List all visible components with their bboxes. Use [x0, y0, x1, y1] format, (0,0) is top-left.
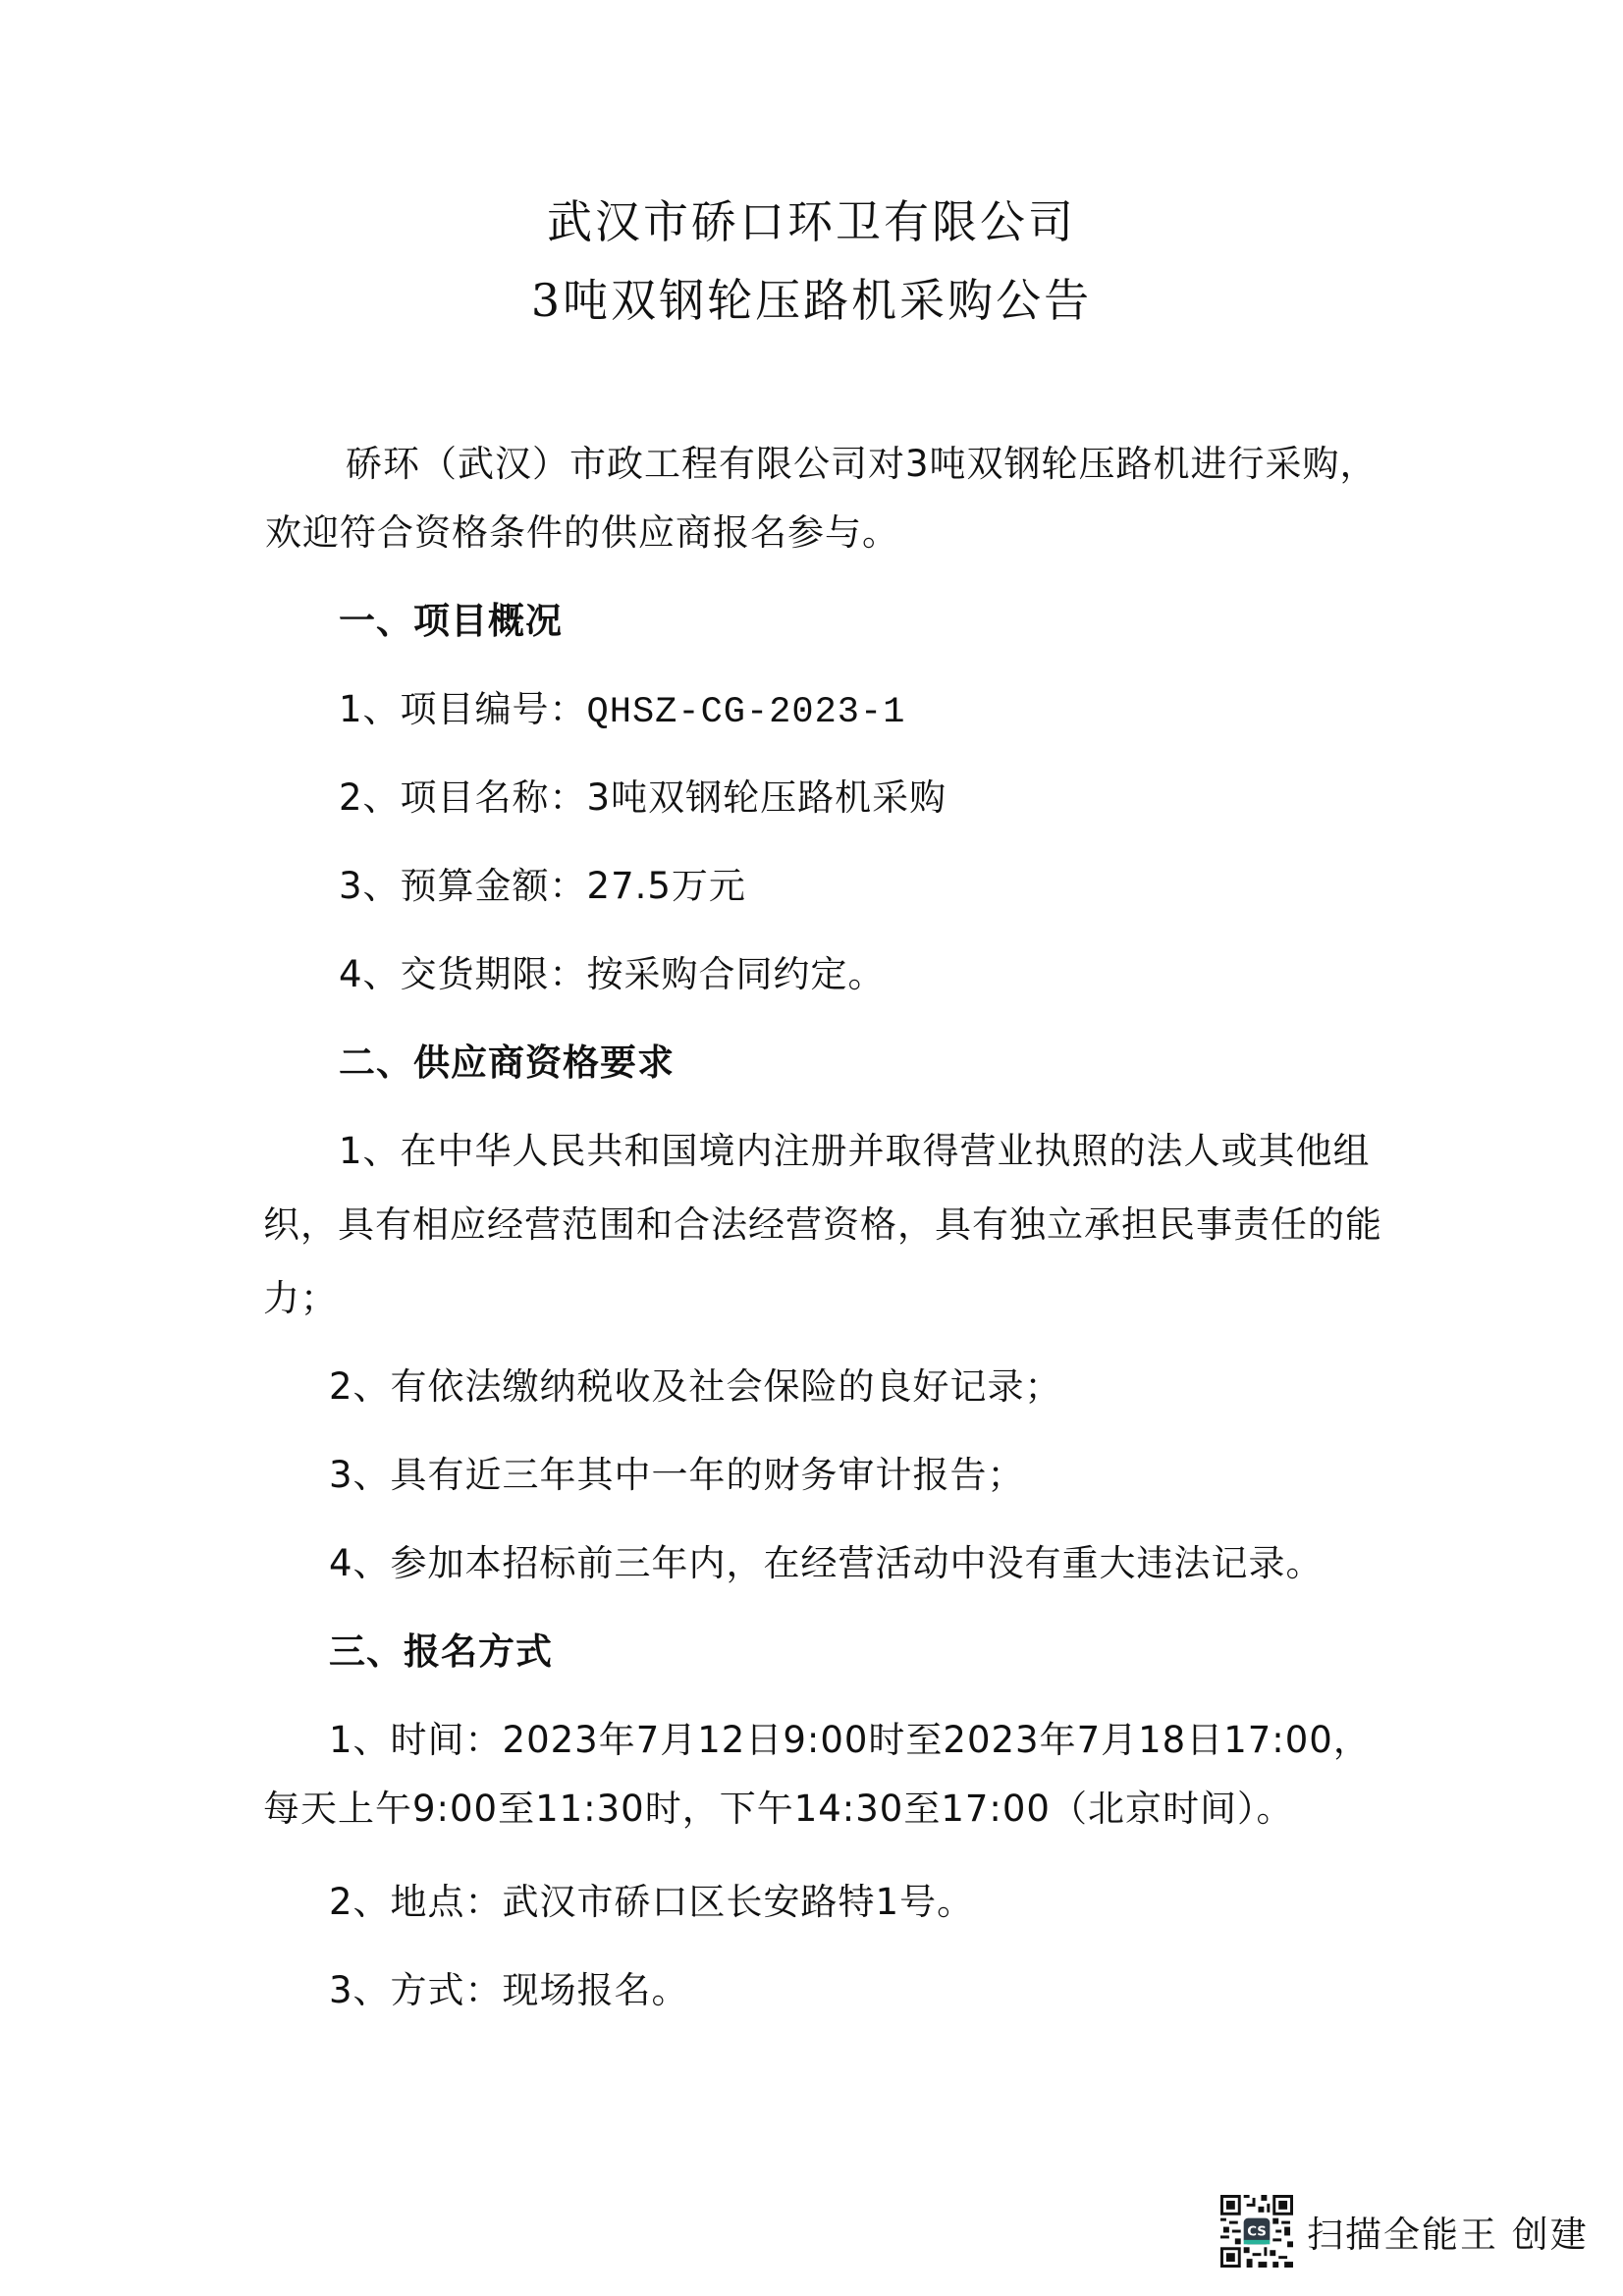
project-name-label: 2、项目名称：	[339, 776, 587, 819]
registration-method: 3、方式：现场报名。	[329, 1968, 689, 2013]
project-name-value: 3吨双钢轮压路机采购	[587, 776, 947, 819]
intro-paragraph-line2: 欢迎符合资格条件的供应商报名参与。	[265, 510, 899, 556]
section-heading-registration-method: 三、报名方式	[329, 1629, 553, 1675]
qualification-4: 4、参加本招标前三年内，在经营活动中没有重大违法记录。	[329, 1541, 1324, 1586]
intro-paragraph-line1: 硚环（武汉）市政工程有限公司对3吨双钢轮压路机进行采购，	[346, 442, 1378, 487]
delivery-row: 4、交货期限：按采购合同约定。	[339, 952, 886, 997]
qualification-2: 2、有依法缴纳税收及社会保险的良好记录；	[329, 1364, 1062, 1410]
document-title-subject: 3吨双钢轮压路机采购公告	[0, 273, 1623, 328]
budget-label: 3、预算金额：	[339, 865, 587, 907]
project-number-row: 1、项目编号：QHSZ-CG-2023-1	[339, 687, 905, 735]
registration-time-line2: 每天上午9:00至11:30时，下午14:30至17:00（北京时间）。	[263, 1787, 1293, 1832]
project-name-row: 2、项目名称：3吨双钢轮压路机采购	[339, 775, 947, 821]
registration-time-line1: 1、时间：2023年7月12日9:00时至2023年7月18日17:00，	[329, 1718, 1371, 1763]
qualification-1-line1: 1、在中华人民共和国境内注册并取得营业执照的法人或其他组	[339, 1129, 1371, 1174]
budget-row: 3、预算金额：27.5万元	[339, 864, 746, 909]
qr-code-icon: CS	[1220, 2195, 1293, 2268]
delivery-value: 按采购合同约定。	[587, 953, 886, 995]
project-number-value: QHSZ-CG-2023-1	[587, 692, 906, 733]
scanner-watermark: CS 扫描全能王 创建	[1220, 2195, 1589, 2268]
project-number-label: 1、项目编号：	[339, 688, 587, 730]
scanner-app-label: 扫描全能王 创建	[1307, 2205, 1589, 2258]
qualification-1-line3: 力；	[263, 1276, 338, 1321]
qualification-1-line2: 织，具有相应经营范围和合法经营资格，具有独立承担民事责任的能	[263, 1202, 1382, 1248]
section-heading-project-overview: 一、项目概况	[339, 599, 563, 644]
delivery-label: 4、交货期限：	[339, 953, 587, 995]
registration-location: 2、地点：武汉市硚口区长安路特1号。	[329, 1880, 974, 1925]
document-title-company: 武汉市硚口环卫有限公司	[0, 194, 1623, 249]
budget-value: 27.5万元	[587, 865, 746, 907]
section-heading-supplier-qualifications: 二、供应商资格要求	[339, 1041, 675, 1086]
svg-text:CS: CS	[1247, 2224, 1267, 2239]
qualification-3: 3、具有近三年其中一年的财务审计报告；	[329, 1453, 1025, 1498]
